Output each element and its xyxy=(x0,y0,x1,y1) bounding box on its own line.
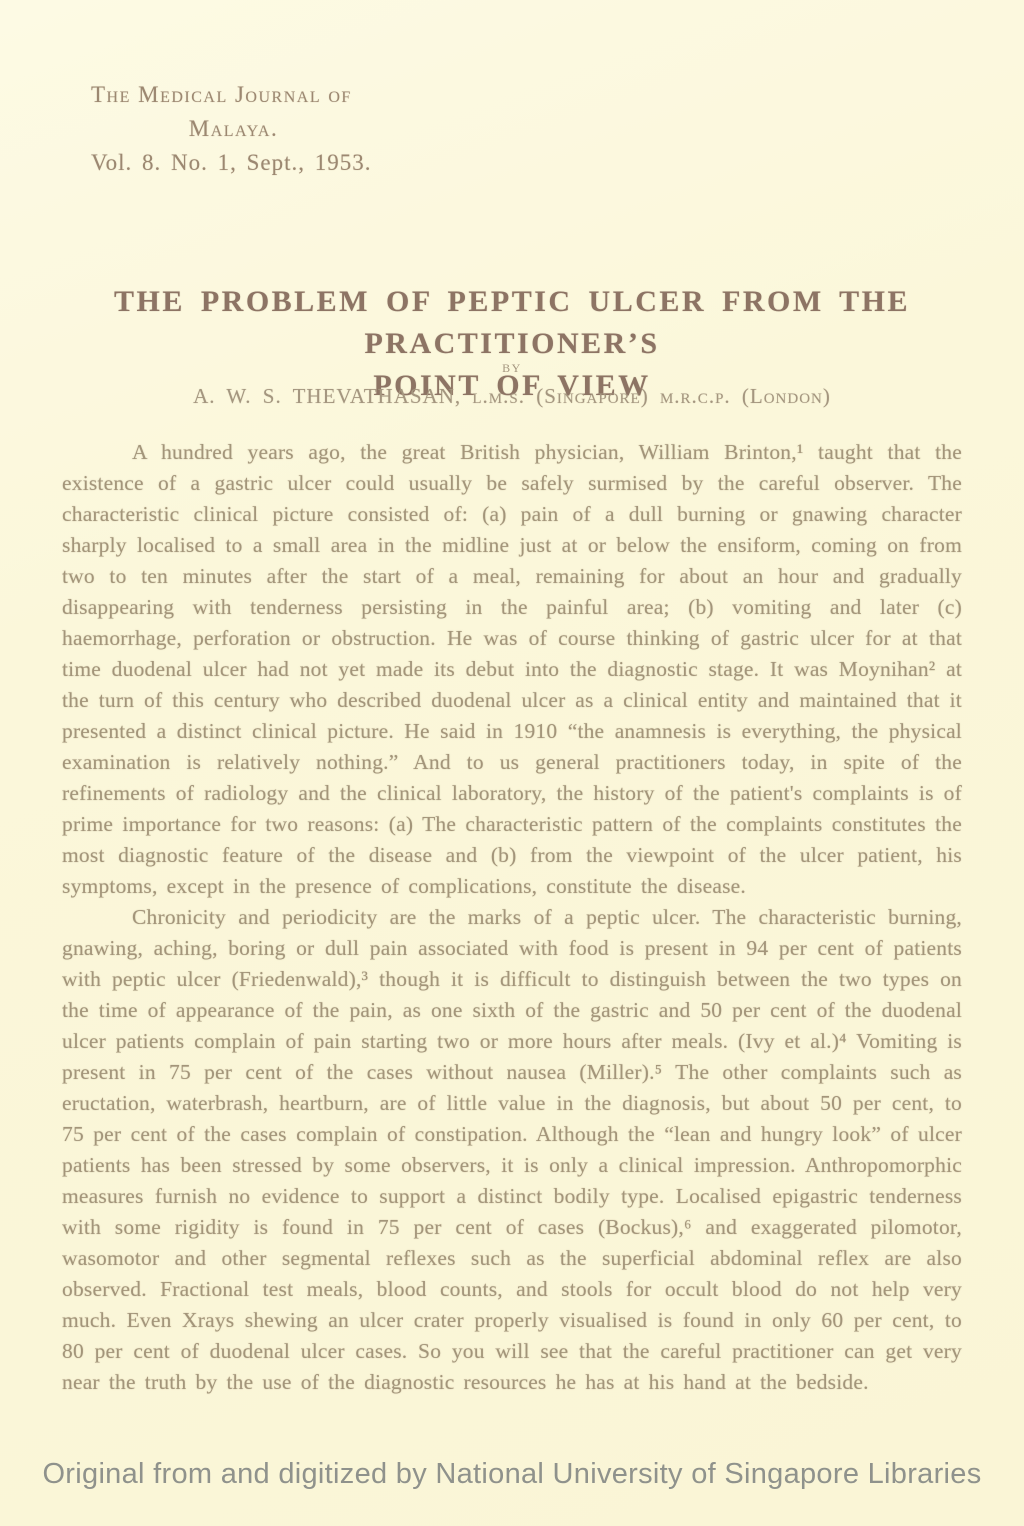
digitization-credit: Original from and digitized by National … xyxy=(0,1458,1024,1491)
article-title-line1: THE PROBLEM OF PEPTIC ULCER FROM THE PRA… xyxy=(0,281,1024,365)
scanned-journal-page: The Medical Journal of Malaya. Vol. 8. N… xyxy=(0,0,1024,1526)
paragraph-2: Chronicity and periodicity are the marks… xyxy=(62,902,962,1398)
by-label: by xyxy=(0,357,1024,377)
journal-masthead: The Medical Journal of Malaya. Vol. 8. N… xyxy=(91,78,376,180)
journal-name-line1: The Medical Journal of xyxy=(91,78,376,112)
author-line: A. W. S. THEVATHASAN, l.m.s. (Singapore)… xyxy=(0,384,1024,409)
issue-info: Vol. 8. No. 1, Sept., 1953. xyxy=(91,146,376,180)
article-body: A hundred years ago, the great British p… xyxy=(62,437,962,1398)
paragraph-1: A hundred years ago, the great British p… xyxy=(62,437,962,902)
journal-name-line2: Malaya. xyxy=(91,112,376,146)
